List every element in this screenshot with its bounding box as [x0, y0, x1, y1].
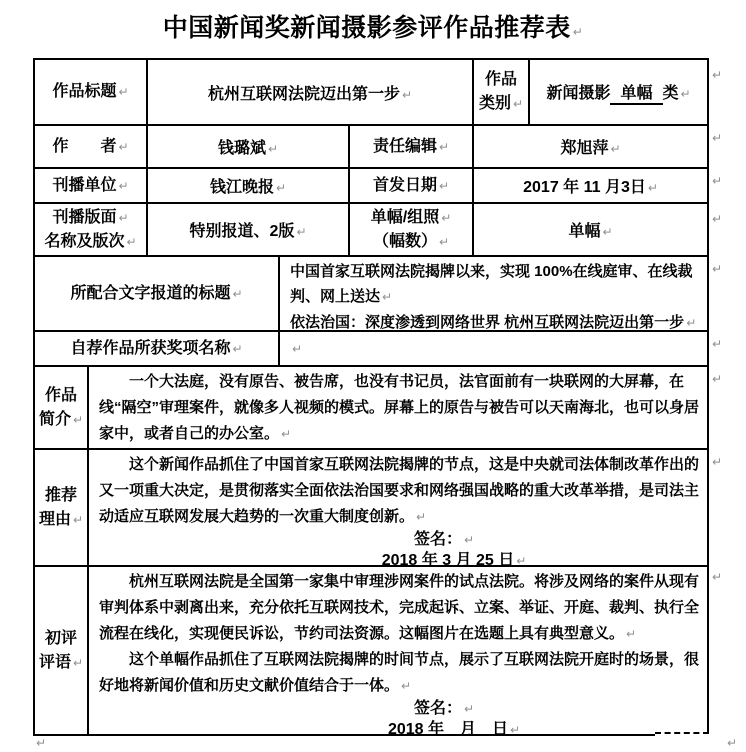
end-of-cell-mark: ↵	[118, 140, 128, 154]
end-of-cell-mark: ↵	[603, 225, 613, 239]
end-of-cell-mark: ↵	[118, 85, 128, 99]
end-of-cell-mark: ↵	[648, 181, 658, 195]
intro-text: 一个大法庭，没有原告、被告席，也没有书记员，法官面前有一块联网的大屏幕，在线“隔…	[99, 373, 699, 442]
paragraph-mark: ↵	[382, 290, 392, 304]
end-of-cell-mark: ↵	[276, 181, 286, 195]
end-of-cell-mark: ↵	[292, 342, 302, 356]
end-of-row-mark: ↵	[712, 68, 722, 82]
paragraph-mark: ↵	[416, 510, 426, 524]
line-break-mark: ↵	[118, 211, 128, 225]
layout-page-label-line1: 刊播版面	[52, 209, 116, 226]
text-report-line2: 依法治国：深度渗透到网络世界 杭州互联网法院迈出第一步	[290, 314, 684, 330]
single-or-group-label-line1: 单幅/组照	[371, 209, 439, 226]
single-or-group-value-cell: 单幅↵	[473, 203, 708, 256]
category-label-line1: 作品	[485, 71, 517, 88]
recommend-sign-label: 签名：	[414, 531, 462, 548]
end-of-row-mark: ↵	[712, 455, 722, 469]
paragraph-mark: ↵	[626, 627, 636, 641]
end-of-cell-mark: ↵	[510, 723, 520, 734]
table-row: 作 者↵ 钱璐斌↵ 责任编辑↵ 郑旭萍↵	[34, 125, 708, 168]
intro-value-cell: 一个大法庭，没有原告、被告席，也没有书记员，法官面前有一块联网的大屏幕，在线“隔…	[88, 366, 708, 449]
recommend-text: 这个新闻作品抓住了中国首家互联网法院揭牌的节点，这是中央就司法体制改革作出的又一…	[99, 456, 699, 525]
text-report-value-cell: 中国首家互联网法院揭牌以来，实现 100%在线庭审、在线裁判、网上送达↵ 依法治…	[279, 256, 708, 331]
end-of-cell-mark: ↵	[232, 342, 242, 356]
table-row: 初评 评语↵ 杭州互联网法院是全国第一家集中审理涉网案件的试点法院。将涉及网络的…	[34, 566, 708, 735]
preliminary-review-sign-label: 签名：	[414, 700, 462, 717]
end-of-cell-mark: ↵	[296, 225, 306, 239]
end-of-row-mark: ↵	[712, 372, 722, 386]
end-of-cell-mark: ↵	[513, 97, 523, 111]
end-of-row-mark: ↵	[712, 337, 722, 351]
self-awards-value-cell: ↵	[279, 331, 708, 366]
preliminary-review-label-cell: 初评 评语↵	[34, 566, 88, 735]
self-awards-label: 自荐作品所获奖项名称	[70, 340, 230, 357]
recommend-value-cell: 这个新闻作品抓住了中国首家互联网法院揭牌的节点，这是中央就司法体制改革作出的又一…	[88, 449, 708, 566]
page-title: 中国新闻奖新闻摄影参评作品推荐表↵	[0, 8, 746, 44]
table-row: 刊播单位↵ 钱江晚报↵ 首发日期↵ 2017 年 11 月3日↵	[34, 168, 708, 203]
editor-value-cell: 郑旭萍↵	[473, 125, 708, 168]
text-report-label: 所配合文字报道的标题	[70, 285, 230, 302]
recommend-label-cell: 推荐 理由↵	[34, 449, 88, 566]
category-underlined-value: 单幅	[610, 85, 662, 105]
author-value-cell: 钱璐斌↵	[147, 125, 349, 168]
single-or-group-value: 单幅	[568, 223, 600, 240]
work-title-value-cell: 杭州互联网法院迈出第一步↵	[147, 59, 473, 125]
end-of-cell-mark: ↵	[439, 235, 449, 249]
single-or-group-label-cell: 单幅/组照↵ （幅数）↵	[349, 203, 473, 256]
intro-label-line1: 作品	[45, 387, 77, 404]
recommendation-form-table: 作品标题↵ 杭州互联网法院迈出第一步↵ 作品 类别↵ 新闻摄影单幅类↵ 作 者↵…	[33, 58, 709, 736]
end-of-cell-mark: ↵	[686, 316, 696, 330]
end-of-cell-mark: ↵	[681, 87, 691, 101]
preliminary-review-para1: 杭州互联网法院是全国第一家集中审理涉网案件的试点法院。将涉及网络的案件从现有审判…	[99, 573, 699, 642]
layout-page-value-cell: 特别报道、2版↵	[147, 203, 349, 256]
paragraph-mark: ↵	[727, 736, 737, 750]
category-label-line2: 类别	[479, 95, 511, 112]
first-publish-date-label: 首发日期	[373, 177, 437, 194]
paragraph-mark: ↵	[401, 679, 411, 693]
layout-page-label-line2: 名称及版次	[44, 233, 124, 250]
paragraph-mark: ↵	[464, 702, 474, 716]
text-report-label-cell: 所配合文字报道的标题↵	[34, 256, 279, 331]
paragraph-mark: ↵	[36, 736, 46, 750]
work-title-label: 作品标题	[52, 83, 116, 100]
publish-org-label: 刊播单位	[52, 177, 116, 194]
publish-org-value-cell: 钱江晚报↵	[147, 168, 349, 203]
end-of-cell-mark: ↵	[118, 179, 128, 193]
author-label-cell: 作 者↵	[34, 125, 147, 168]
recommend-label-line1: 推荐	[45, 487, 77, 504]
end-of-cell-mark: ↵	[281, 427, 291, 441]
text-report-line1: 中国首家互联网法院揭牌以来，实现 100%在线庭审、在线裁判、网上送达	[290, 263, 693, 305]
preliminary-review-label-line2: 评语	[39, 654, 71, 671]
intro-label-line2: 简介	[39, 411, 71, 428]
preliminary-review-para2: 这个单幅作品抓住了互联网法院揭牌的时间节点，展示了互联网法院开庭时的场景，很好地…	[99, 651, 699, 694]
end-of-row-mark: ↵	[712, 212, 722, 226]
preliminary-review-value-cell: 杭州互联网法院是全国第一家集中审理涉网案件的试点法院。将涉及网络的案件从现有审判…	[88, 566, 708, 735]
category-label-cell: 作品 类别↵	[473, 59, 529, 125]
end-of-row-mark: ↵	[712, 570, 722, 584]
table-row: 自荐作品所获奖项名称↵ ↵	[34, 331, 708, 366]
first-publish-date-value: 2017 年 11 月3日	[523, 179, 646, 196]
end-of-cell-mark: ↵	[268, 142, 278, 156]
end-of-cell-mark: ↵	[439, 140, 449, 154]
category-prefix: 新闻摄影	[546, 85, 610, 102]
end-of-cell-mark: ↵	[232, 287, 242, 301]
end-of-row-mark: ↵	[712, 131, 722, 145]
recommend-label-line2: 理由	[39, 511, 71, 528]
work-title-label-cell: 作品标题↵	[34, 59, 147, 125]
paragraph-mark: ↵	[573, 25, 584, 39]
intro-label-cell: 作品 简介↵	[34, 366, 88, 449]
end-of-cell-mark: ↵	[402, 88, 412, 102]
end-of-cell-mark: ↵	[516, 554, 526, 565]
end-of-row-mark: ↵	[712, 262, 722, 276]
end-of-cell-mark: ↵	[73, 656, 83, 670]
preliminary-review-date: 2018 年 月 日	[388, 721, 508, 734]
paragraph-mark: ↵	[464, 533, 474, 547]
category-suffix: 类	[663, 85, 679, 102]
page-title-text: 中国新闻奖新闻摄影参评作品推荐表	[163, 14, 571, 42]
table-row: 作品 简介↵ 一个大法庭，没有原告、被告席，也没有书记员，法官面前有一块联网的大…	[34, 366, 708, 449]
line-break-mark: ↵	[441, 211, 451, 225]
author-value: 钱璐斌	[218, 140, 266, 157]
self-awards-label-cell: 自荐作品所获奖项名称↵	[34, 331, 279, 366]
category-value-cell: 新闻摄影单幅类↵	[529, 59, 708, 125]
end-of-cell-mark: ↵	[611, 142, 621, 156]
page-break-dashed-border	[655, 732, 709, 739]
end-of-cell-mark: ↵	[73, 513, 83, 527]
single-or-group-label-line2: （幅数）	[373, 233, 437, 250]
end-of-cell-mark: ↵	[73, 413, 83, 427]
author-label: 作 者	[52, 138, 116, 155]
publish-org-value: 钱江晚报	[210, 179, 274, 196]
document-page: 中国新闻奖新闻摄影参评作品推荐表↵ 作品标题↵ 杭州互联网法院迈出第一步↵ 作品…	[0, 0, 746, 752]
end-of-row-mark: ↵	[712, 174, 722, 188]
table-row: 所配合文字报道的标题↵ 中国首家互联网法院揭牌以来，实现 100%在线庭审、在线…	[34, 256, 708, 331]
editor-label-cell: 责任编辑↵	[349, 125, 473, 168]
publish-org-label-cell: 刊播单位↵	[34, 168, 147, 203]
first-publish-date-value-cell: 2017 年 11 月3日↵	[473, 168, 708, 203]
first-publish-date-label-cell: 首发日期↵	[349, 168, 473, 203]
recommend-date: 2018 年 3 月 25 日	[382, 552, 515, 565]
table-row: 刊播版面↵ 名称及版次↵ 特别报道、2版↵ 单幅/组照↵ （幅数）↵ 单幅↵	[34, 203, 708, 256]
layout-page-value: 特别报道、2版	[190, 223, 295, 240]
end-of-cell-mark: ↵	[439, 179, 449, 193]
preliminary-review-label-line1: 初评	[45, 630, 77, 647]
table-row: 推荐 理由↵ 这个新闻作品抓住了中国首家互联网法院揭牌的节点，这是中央就司法体制…	[34, 449, 708, 566]
editor-value: 郑旭萍	[560, 140, 608, 157]
layout-page-label-cell: 刊播版面↵ 名称及版次↵	[34, 203, 147, 256]
end-of-cell-mark: ↵	[126, 235, 136, 249]
work-title-value: 杭州互联网法院迈出第一步	[208, 86, 400, 103]
table-row: 作品标题↵ 杭州互联网法院迈出第一步↵ 作品 类别↵ 新闻摄影单幅类↵	[34, 59, 708, 125]
editor-label: 责任编辑	[373, 138, 437, 155]
